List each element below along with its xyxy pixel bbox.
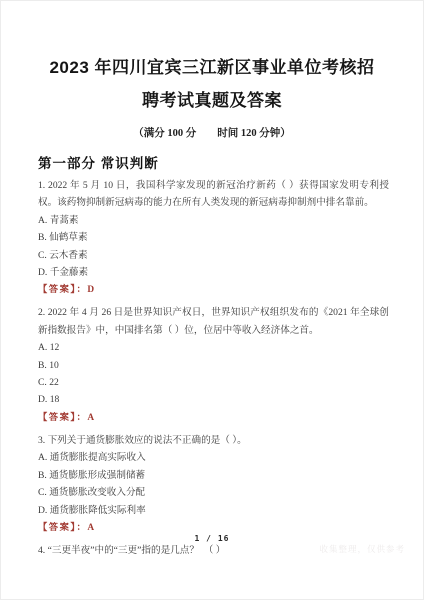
option-b: B. 通货膨胀形成强制储蓄: [38, 467, 389, 484]
section-heading: 第一部分 常识判断: [38, 155, 389, 172]
option-a: A. 12: [38, 339, 389, 356]
question-3: 3. 下列关于通货膨胀效应的说法不正确的是（ ）。 A. 通货膨胀提高实际收入 …: [38, 432, 389, 537]
option-d: D. 通货膨胀降低实际利率: [38, 502, 389, 519]
question-2: 2. 2022 年 4 月 26 日是世界知识产权日，世界知识产权组织发布的《2…: [38, 304, 389, 426]
page-number: 1 / 16: [1, 534, 423, 543]
option-b: B. 仙鹤草素: [38, 229, 389, 246]
watermark-text: 收集整理，仅供参考: [319, 543, 405, 555]
option-d: D. 千金藤素: [38, 264, 389, 281]
option-c: C. 22: [38, 374, 389, 391]
document-body: 第一部分 常识判断 1. 2022 年 5 月 10 日，我国科学家发现的新冠治…: [1, 155, 423, 559]
option-a: A. 通货膨胀提高实际收入: [38, 449, 389, 466]
option-c: C. 通货膨胀改变收入分配: [38, 484, 389, 501]
option-a: A. 青蒿素: [38, 212, 389, 229]
question-text: 3. 下列关于通货膨胀效应的说法不正确的是（ ）。: [38, 432, 389, 449]
option-c: C. 云木香素: [38, 247, 389, 264]
option-b: B. 10: [38, 357, 389, 374]
answer-line: 【答案】：D: [38, 282, 389, 299]
question-text: 1. 2022 年 5 月 10 日，我国科学家发现的新冠治疗新药（ ）获得国家…: [38, 177, 389, 212]
page-title: 2023 年四川宜宾三江新区事业单位考核招聘考试真题及答案: [43, 51, 381, 117]
exam-score-time-subtitle: （满分 100 分 时间 120 分钟）: [1, 127, 423, 140]
question-text: 2. 2022 年 4 月 26 日是世界知识产权日，世界知识产权组织发布的《2…: [38, 304, 389, 339]
exam-document-page: 2023 年四川宜宾三江新区事业单位考核招聘考试真题及答案 （满分 100 分 …: [0, 0, 424, 600]
option-d: D. 18: [38, 391, 389, 408]
question-1: 1. 2022 年 5 月 10 日，我国科学家发现的新冠治疗新药（ ）获得国家…: [38, 177, 389, 299]
answer-line: 【答案】：A: [38, 410, 389, 427]
